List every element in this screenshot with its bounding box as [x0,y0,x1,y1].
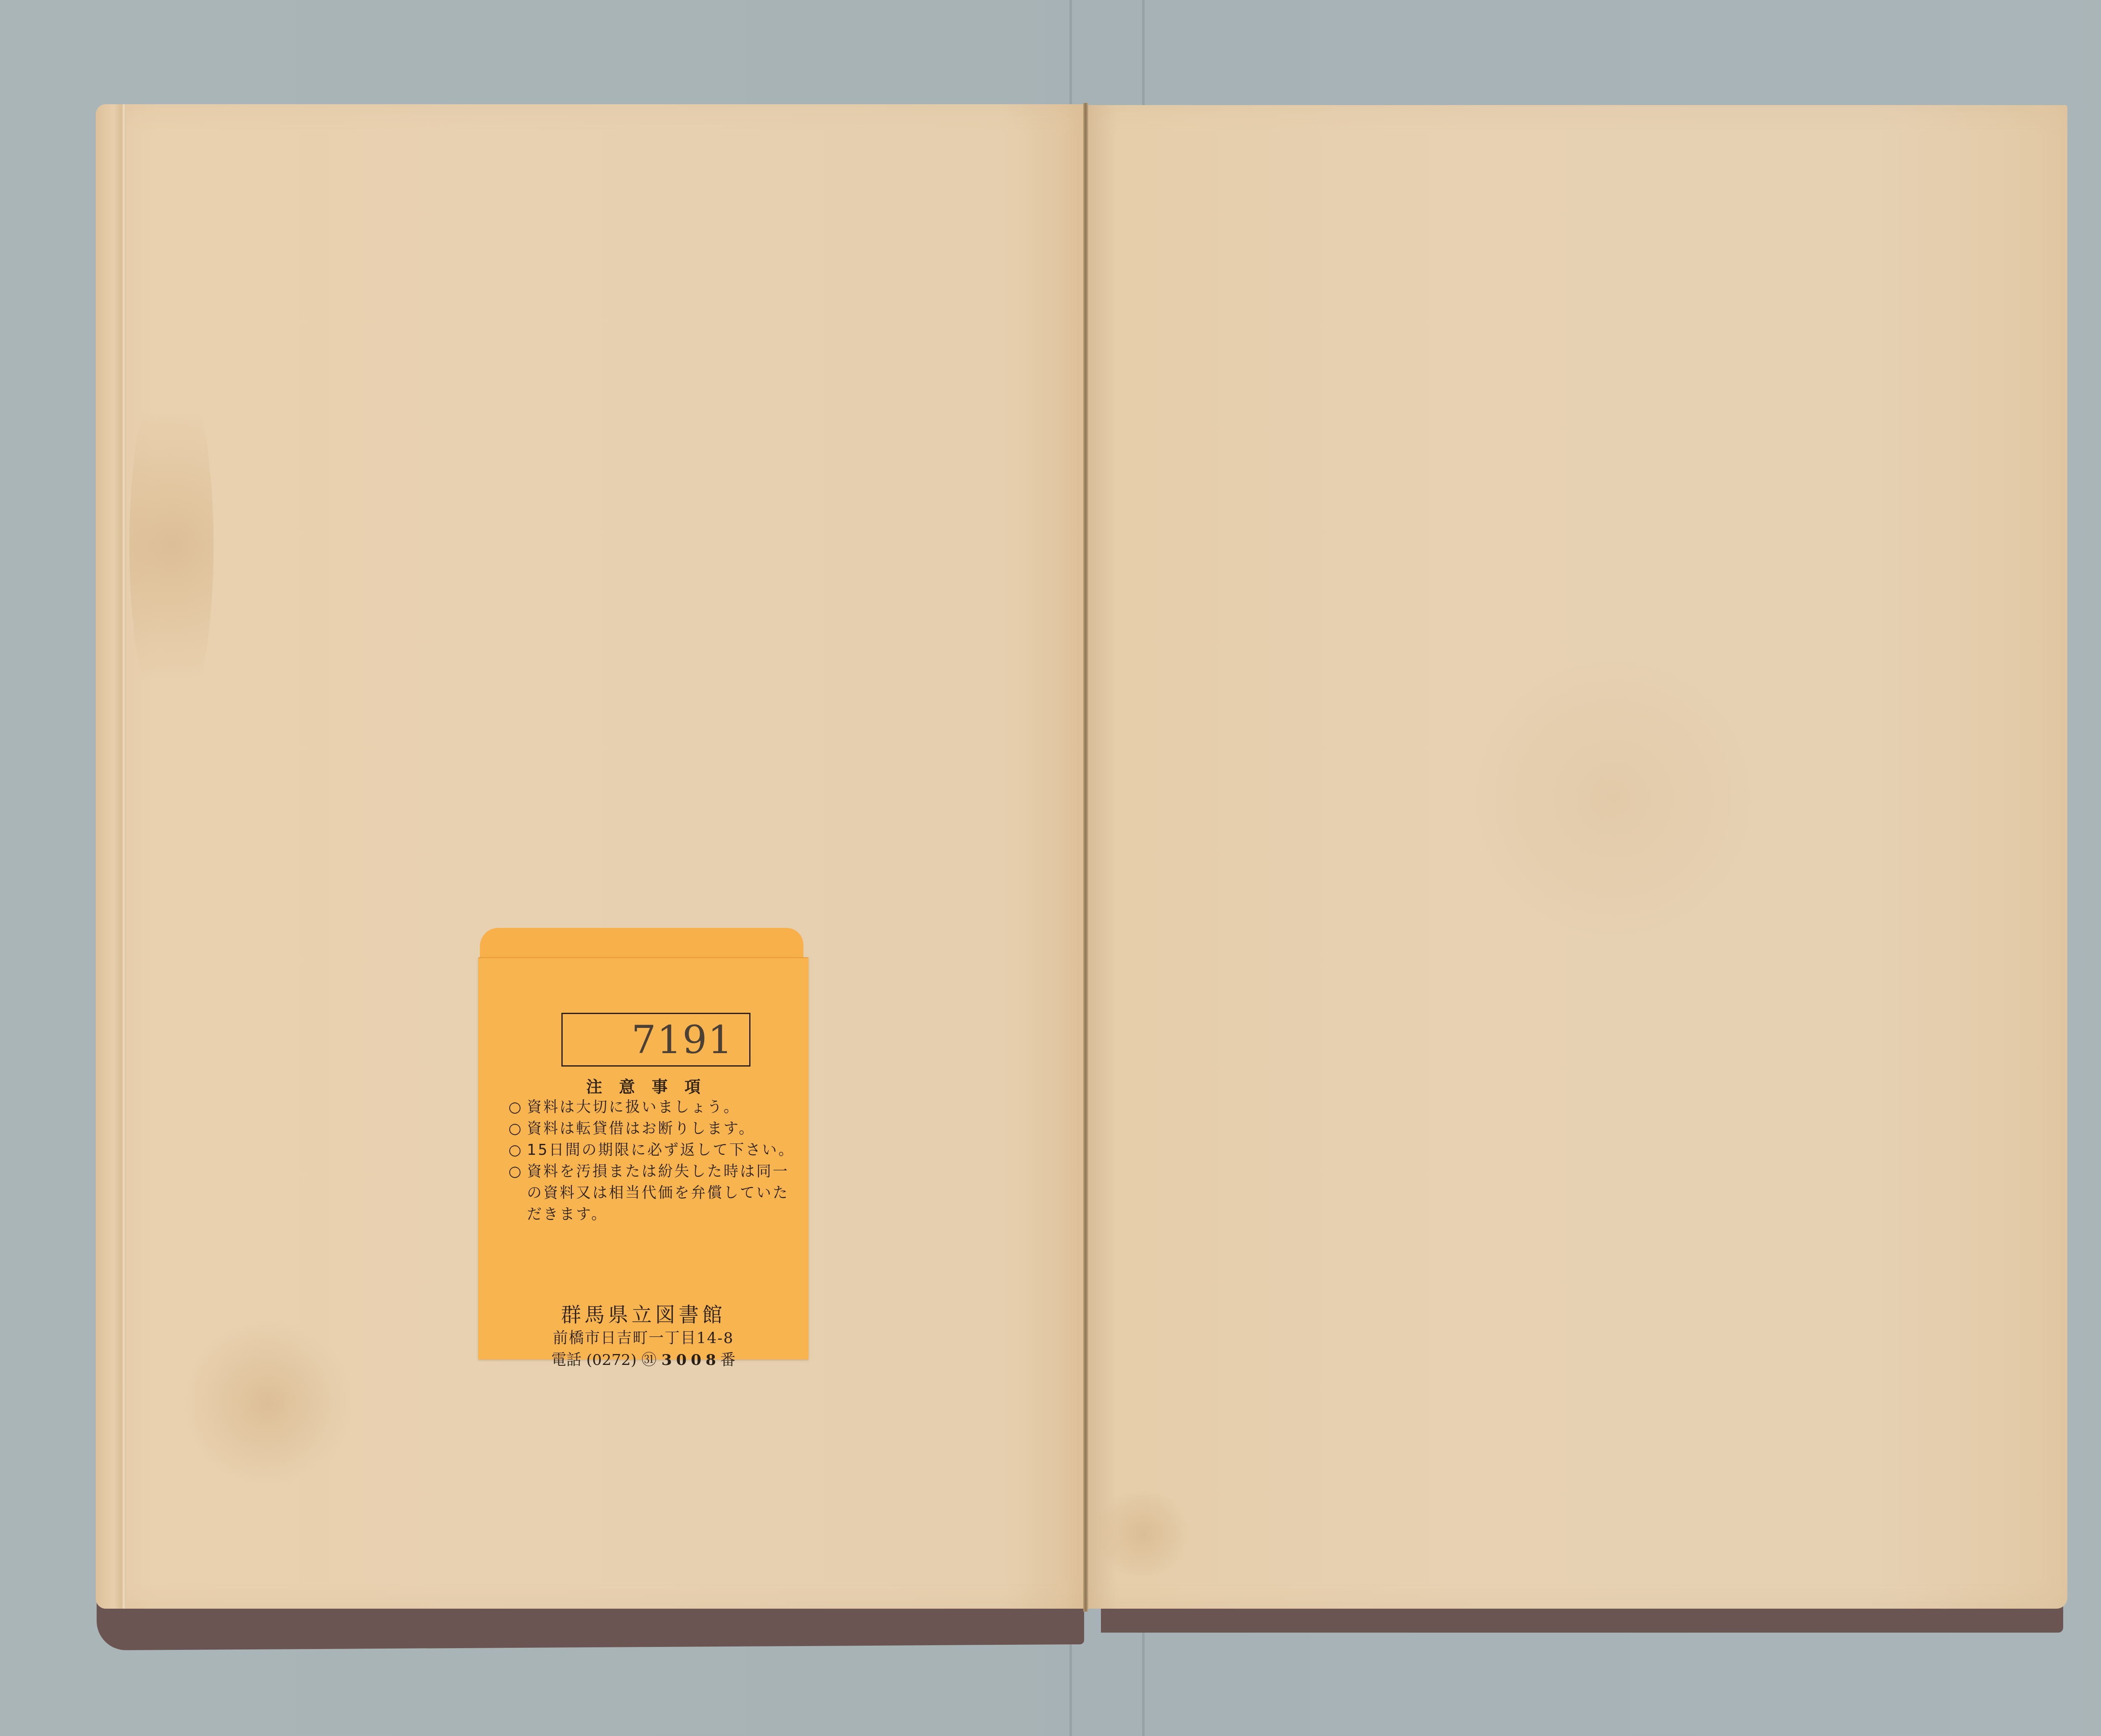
rule-text: 資料は大切に扱いましょう。 [527,1097,798,1118]
circle-bullet-icon: ○ [508,1161,527,1225]
pocket-front: 7191 注意事項 ○ 資料は大切に扱いましょう。 ○ 資料は転貸借はお断りしま… [478,957,808,1359]
library-name: 群馬県立図書館 [478,1299,808,1328]
foxing-stain [180,1323,356,1483]
circle-bullet-icon: ○ [508,1140,527,1161]
book-spread-scene: 7191 注意事項 ○ 資料は大切に扱いましょう。 ○ 資料は転貸借はお断りしま… [0,0,2101,1736]
accession-number: 7191 [632,1017,733,1062]
foxing-stain [1088,1492,1198,1576]
notice-heading: 注意事項 [478,1074,808,1097]
notice-rule: ○ 資料を汚損または紛失した時は同一の資料又は相当代価を弁償していただきます。 [508,1161,798,1225]
foxing-stain [129,356,213,735]
notice-rules-list: ○ 資料は大切に扱いましょう。 ○ 資料は転貸借はお断りします。 ○ 15日間の… [508,1097,798,1225]
phone-area-code: (0272) [586,1351,637,1369]
rule-text: 資料を汚損または紛失した時は同一の資料又は相当代価を弁償していただきます。 [527,1161,798,1225]
right-page [1088,105,2067,1609]
notice-rule: ○ 15日間の期限に必ず返して下さい。 [508,1140,798,1161]
phone-number: 3008 [661,1351,720,1369]
circle-bullet-icon: ○ [508,1118,527,1140]
spine-gutter [1083,103,1088,1612]
notice-rule: ○ 資料は大切に扱いましょう。 [508,1097,798,1118]
library-phone: 電話 (0272) ㉛ 3008番 [478,1348,808,1370]
rule-text: 資料は転貸借はお断りします。 [527,1118,798,1140]
phone-suffix: 番 [720,1351,735,1369]
library-address: 前橋市日吉町一丁目14-8 [478,1326,808,1348]
accession-number-box: 7191 [561,1013,750,1067]
left-page [96,104,1083,1609]
paper-discoloration [1466,651,1761,946]
phone-exchange: ㉛ [641,1351,656,1369]
library-card-pocket[interactable]: 7191 注意事項 ○ 資料は大切に扱いましょう。 ○ 資料は転貸借はお断りしま… [478,928,808,1359]
circle-bullet-icon: ○ [508,1097,527,1118]
phone-label: 電話 [551,1351,582,1369]
page-stack-edge [96,104,126,1609]
notice-rule: ○ 資料は転貸借はお断りします。 [508,1118,798,1140]
rule-text: 15日間の期限に必ず返して下さい。 [527,1140,798,1161]
